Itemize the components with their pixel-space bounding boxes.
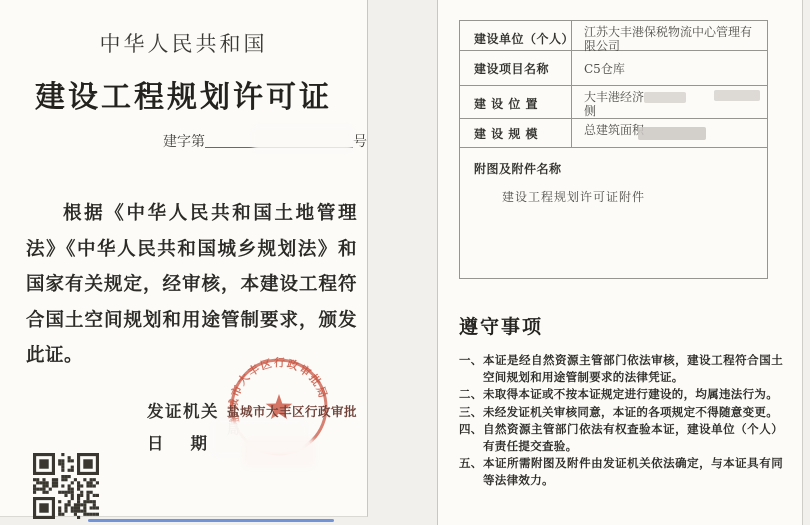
note-number: 五、 xyxy=(459,455,483,488)
table-row: 建 设 位 置 大丰港经济 侧 xyxy=(460,86,767,119)
note-item: 三、 未经发证机关审核同意，本证的各项规定不得随意变更。 xyxy=(459,404,783,421)
redaction-patch xyxy=(257,130,349,147)
note-text: 本证是经自然资源主管部门依法审核，建设工程符合国土空间规划和用途管制要求的法律凭… xyxy=(483,352,783,385)
table-row: 建设项目名称 C5仓库 xyxy=(460,51,767,86)
field-value: C5仓库 xyxy=(572,51,767,85)
redaction-patch xyxy=(714,90,760,101)
attachment-label: 附图及附件名称 xyxy=(474,160,767,177)
redaction-patch xyxy=(638,127,706,140)
progress-line xyxy=(88,519,334,522)
issuer-label: 发证机关 xyxy=(147,398,219,422)
seal-redaction-patch xyxy=(247,442,311,463)
certificate-number-suffix: 号 xyxy=(353,134,367,150)
certificate-body-text: 根据《中华人民共和国土地管理法》《中华人民共和国城乡规划法》和国家有关规定，经审… xyxy=(26,196,357,374)
info-table: 建设单位（个人） 江苏大丰港保税物流中心管理有限公司 建设项目名称 C5仓库 建… xyxy=(459,20,768,279)
field-label: 建 设 位 置 xyxy=(460,86,572,120)
note-item: 一、 本证是经自然资源主管部门依法审核，建设工程符合国土空间规划和用途管制要求的… xyxy=(459,352,783,385)
note-text: 未经发证机关审核同意，本证的各项规定不得随意变更。 xyxy=(483,404,783,421)
field-value-line2: 侧 xyxy=(584,104,761,118)
certificate-number-line: 建字第号 xyxy=(163,131,367,151)
attachment-section: 附图及附件名称 建设工程规划许可证附件 xyxy=(460,148,767,278)
redaction-patch xyxy=(644,92,686,103)
page-gap xyxy=(369,0,437,525)
field-value: 大丰港经济 侧 xyxy=(572,86,767,120)
note-number: 二、 xyxy=(459,386,483,403)
notes-list: 一、 本证是经自然资源主管部门依法审核，建设工程符合国土空间规划和用途管制要求的… xyxy=(459,352,783,489)
note-item: 五、 本证所需附图及附件由发证机关依法确定，与本证具有同等法律效力。 xyxy=(459,455,783,488)
notes-heading: 遵守事项 xyxy=(459,312,543,339)
field-label: 建设项目名称 xyxy=(460,51,572,85)
note-item: 二、 未取得本证或不按本证规定进行建设的，均属违法行为。 xyxy=(459,386,783,403)
note-text: 未取得本证或不按本证规定进行建设的，均属违法行为。 xyxy=(483,386,783,403)
field-label: 建设单位（个人） xyxy=(460,21,572,55)
field-label: 建 设 规 模 xyxy=(460,119,572,147)
date-label-left: 日 xyxy=(147,430,164,454)
date-label-right: 期 xyxy=(191,430,208,454)
date-label: 日 期 xyxy=(147,430,207,454)
certificate-number-prefix: 建字第 xyxy=(163,134,205,150)
field-value: 江苏大丰港保税物流中心管理有限公司 xyxy=(572,21,767,55)
note-item: 四、 自然资源主管部门依法有权查验本证，建设单位（个人）有责任提交查验。 xyxy=(459,421,783,454)
note-text: 自然资源主管部门依法有权查验本证，建设单位（个人）有责任提交查验。 xyxy=(483,421,783,454)
note-text: 本证所需附图及附件由发证机关依法确定，与本证具有同等法律效力。 xyxy=(483,455,783,488)
certificate-cover-page: 中华人民共和国 建设工程规划许可证 建字第号 根据《中华人民共和国土地管理法》《… xyxy=(0,0,368,517)
note-number: 四、 xyxy=(459,421,483,454)
certificate-detail-page: 建设单位（个人） 江苏大丰港保税物流中心管理有限公司 建设项目名称 C5仓库 建… xyxy=(437,0,803,525)
certificate-number-blank xyxy=(205,133,353,148)
table-row: 建设单位（个人） 江苏大丰港保税物流中心管理有限公司 xyxy=(460,21,767,51)
note-number: 一、 xyxy=(459,352,483,385)
note-number: 三、 xyxy=(459,404,483,421)
attachment-value: 建设工程规划许可证附件 xyxy=(502,188,767,205)
table-row: 建 设 规 模 总建筑面积 xyxy=(460,119,767,148)
country-name: 中华人民共和国 xyxy=(0,28,367,58)
qr-code-icon xyxy=(33,453,99,519)
field-value: 总建筑面积 xyxy=(572,119,767,147)
certificate-title: 建设工程规划许可证 xyxy=(0,72,367,116)
